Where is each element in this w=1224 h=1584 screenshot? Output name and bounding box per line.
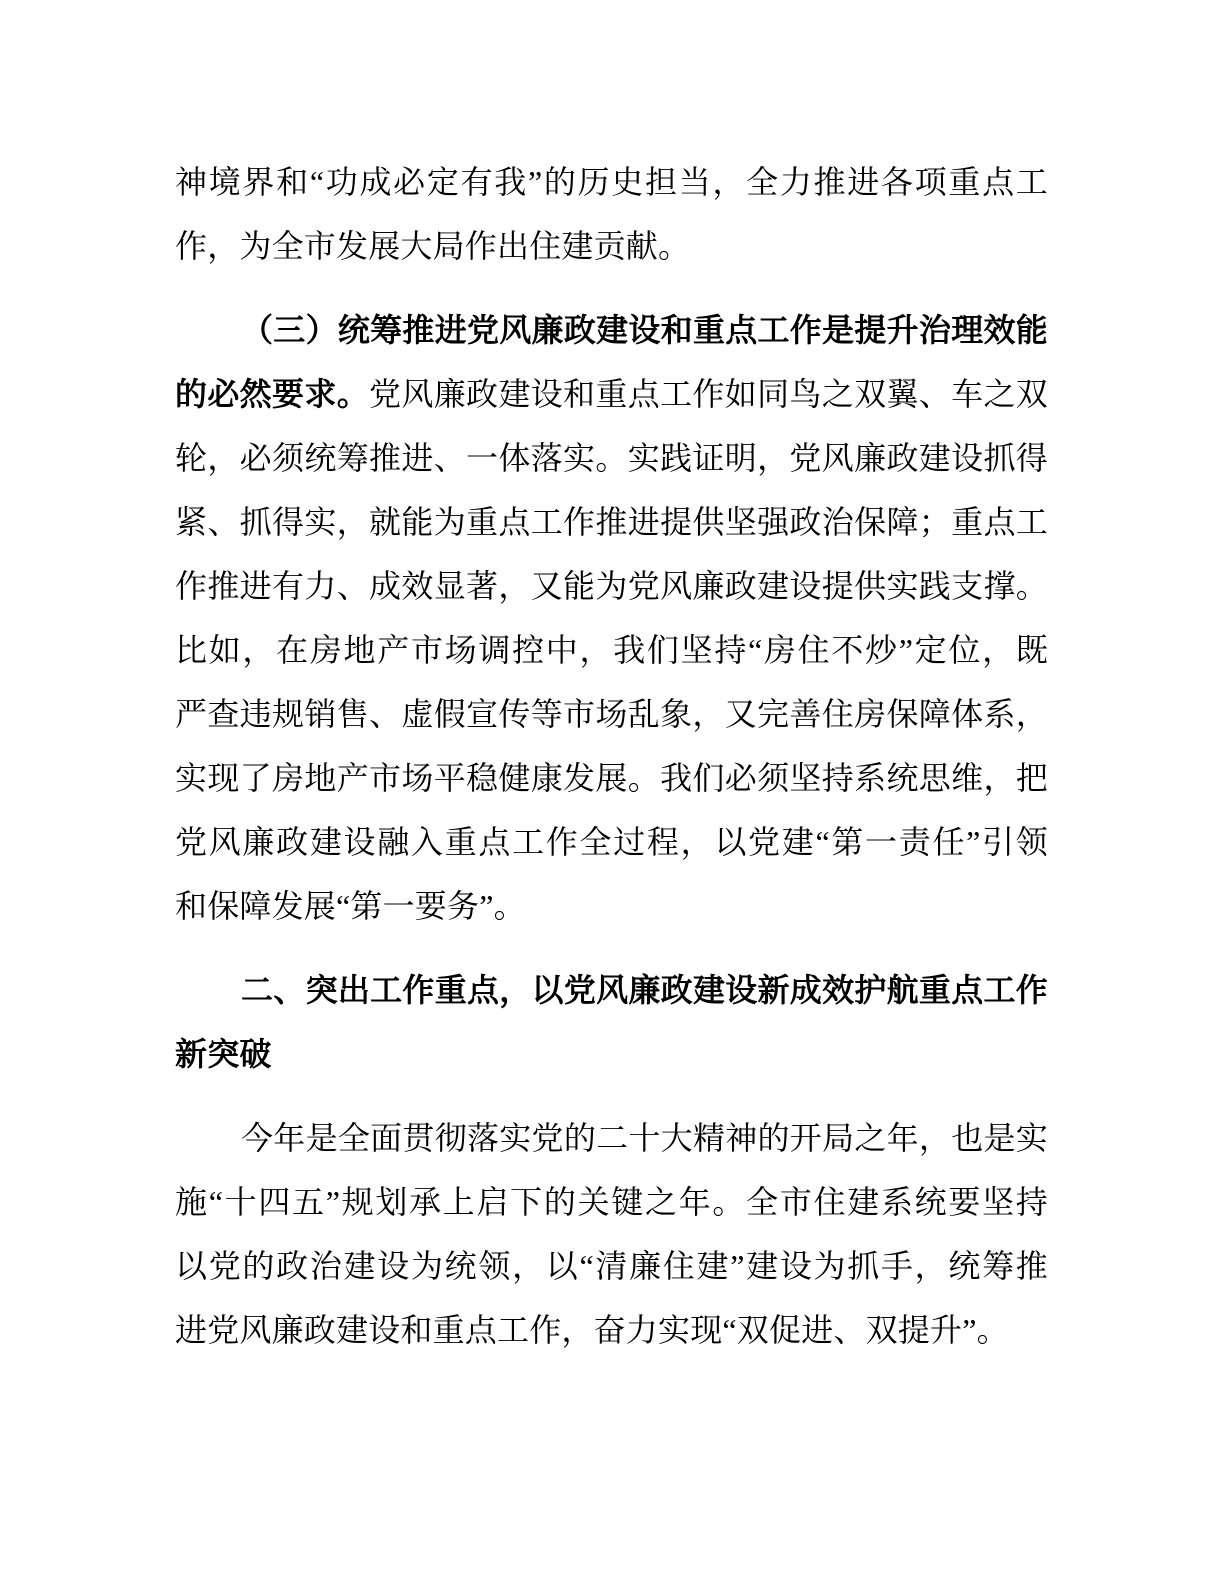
text-run-bold: 二、突出工作重点，以党风廉政建设新成效护航重点工作 [241, 972, 1048, 1008]
text-run: 和保障发展“第一要务”。 [175, 888, 526, 924]
text-run: 严查违规销售、虚假宣传等市场乱象，又完善住房保障体系， [175, 696, 1048, 732]
text-line: 严查违规销售、虚假宣传等市场乱象，又完善住房保障体系， [175, 682, 1048, 746]
paragraph-body-continuation: 神境界和“功成必定有我”的历史担当，全力推进各项重点工作，为全市发展大局作出住建… [175, 150, 1048, 278]
text-run: 党风廉政建设和重点工作如同鸟之双翼、车之双 [369, 376, 1048, 412]
text-run: 以党的政治建设为统领，以“清廉住建”建设为抓手，统筹推 [175, 1248, 1048, 1284]
text-line: 和保障发展“第一要务”。 [175, 874, 1048, 938]
paragraph-body: 今年是全面贯彻落实党的二十大精神的开局之年，也是实施“十四五”规划承上启下的关键… [175, 1106, 1048, 1362]
document-page: 神境界和“功成必定有我”的历史担当，全力推进各项重点工作，为全市发展大局作出住建… [0, 0, 1224, 1584]
text-run: 党风廉政建设融入重点工作全过程，以党建“第一责任”引领 [175, 824, 1048, 860]
text-run: 实现了房地产市场平稳健康发展。我们必须坚持系统思维，把 [175, 760, 1048, 796]
text-run-bold: 新突破 [175, 1036, 272, 1072]
text-run: 轮，必须统筹推进、一体落实。实践证明，党风廉政建设抓得 [175, 440, 1048, 476]
text-line: 新突破 [175, 1022, 1048, 1086]
text-line: 党风廉政建设融入重点工作全过程，以党建“第一责任”引领 [175, 810, 1048, 874]
text-line: 神境界和“功成必定有我”的历史担当，全力推进各项重点工 [175, 150, 1048, 214]
text-line: 作推进有力、成效显著，又能为党风廉政建设提供实践支撑。 [175, 554, 1048, 618]
paragraph-heading: 二、突出工作重点，以党风廉政建设新成效护航重点工作新突破 [175, 958, 1048, 1086]
text-line: 以党的政治建设为统领，以“清廉住建”建设为抓手，统筹推 [175, 1234, 1048, 1298]
text-run-bold: 的必然要求。 [175, 376, 369, 412]
document-body: 神境界和“功成必定有我”的历史担当，全力推进各项重点工作，为全市发展大局作出住建… [175, 150, 1048, 1362]
text-line: 施“十四五”规划承上启下的关键之年。全市住建系统要坚持 [175, 1170, 1048, 1234]
text-line: 实现了房地产市场平稳健康发展。我们必须坚持系统思维，把 [175, 746, 1048, 810]
text-line: 的必然要求。党风廉政建设和重点工作如同鸟之双翼、车之双 [175, 362, 1048, 426]
text-run: 施“十四五”规划承上启下的关键之年。全市住建系统要坚持 [175, 1184, 1048, 1220]
text-run: 作，为全市发展大局作出住建贡献。 [175, 228, 690, 264]
text-line: 作，为全市发展大局作出住建贡献。 [175, 214, 1048, 278]
text-line: 今年是全面贯彻落实党的二十大精神的开局之年，也是实 [175, 1106, 1048, 1170]
paragraph-body: （三）统筹推进党风廉政建设和重点工作是提升治理效能的必然要求。党风廉政建设和重点… [175, 298, 1048, 938]
text-run: 今年是全面贯彻落实党的二十大精神的开局之年，也是实 [241, 1120, 1048, 1156]
text-line: 进党风廉政建设和重点工作，奋力实现“双促进、双提升”。 [175, 1298, 1048, 1362]
text-run: 神境界和“功成必定有我”的历史担当，全力推进各项重点工 [175, 164, 1048, 200]
text-line: 比如，在房地产市场调控中，我们坚持“房住不炒”定位，既 [175, 618, 1048, 682]
text-run: 紧、抓得实，就能为重点工作推进提供坚强政治保障；重点工 [175, 504, 1048, 540]
text-run-bold: （三）统筹推进党风廉政建设和重点工作是提升治理效能 [241, 312, 1048, 348]
text-line: 二、突出工作重点，以党风廉政建设新成效护航重点工作 [175, 958, 1048, 1022]
text-line: 紧、抓得实，就能为重点工作推进提供坚强政治保障；重点工 [175, 490, 1048, 554]
text-line: 轮，必须统筹推进、一体落实。实践证明，党风廉政建设抓得 [175, 426, 1048, 490]
text-run: 进党风廉政建设和重点工作，奋力实现“双促进、双提升”。 [175, 1312, 1009, 1348]
text-line: （三）统筹推进党风廉政建设和重点工作是提升治理效能 [175, 298, 1048, 362]
text-run: 比如，在房地产市场调控中，我们坚持“房住不炒”定位，既 [175, 632, 1048, 668]
text-run: 作推进有力、成效显著，又能为党风廉政建设提供实践支撑。 [175, 568, 1048, 604]
